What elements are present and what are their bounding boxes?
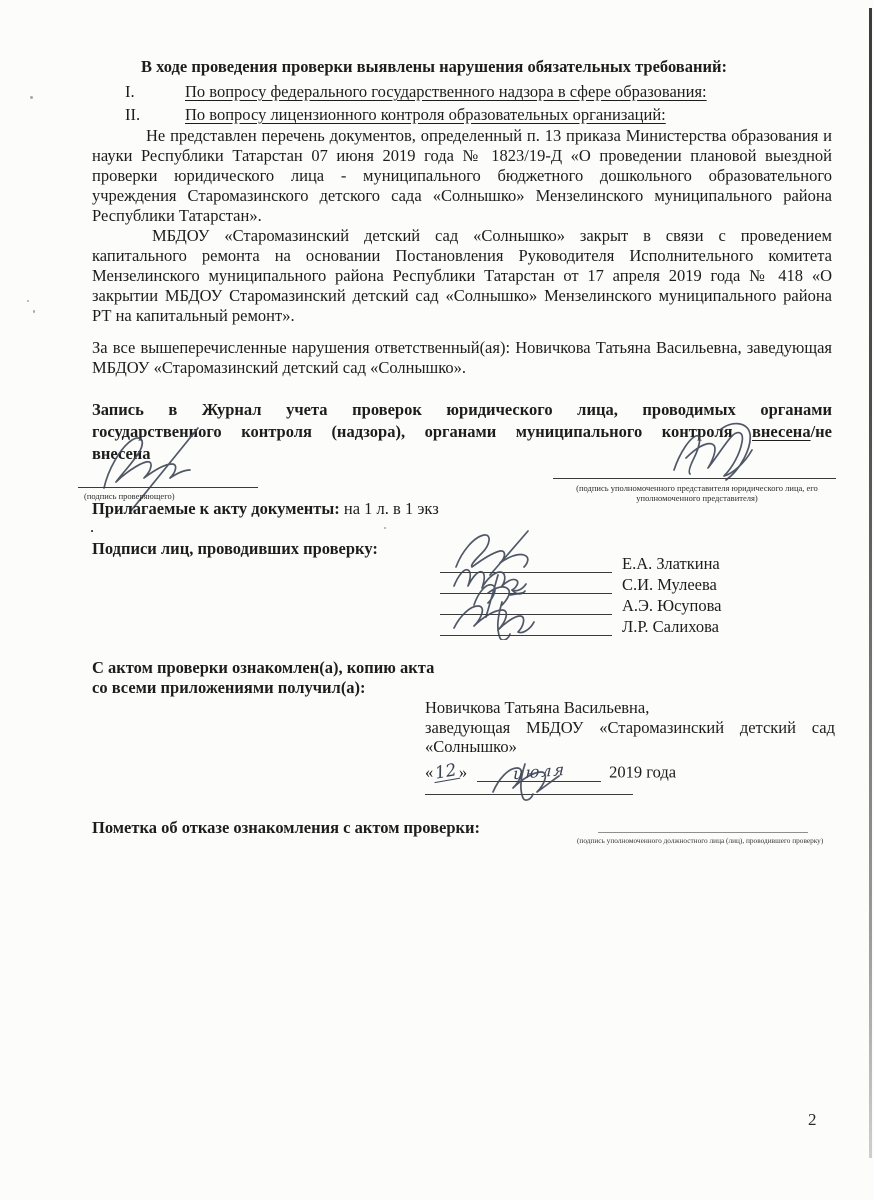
- stray-period: .: [90, 517, 94, 537]
- journal-right-signature-line: [553, 478, 836, 479]
- paragraph-responsible: За все вышеперечисленные нарушения ответ…: [92, 338, 832, 378]
- acknowledgment-label-line2: со всеми приложениями получил(а):: [92, 678, 512, 698]
- scan-edge-line: [869, 8, 872, 1158]
- director-position: заведующая МБДОУ «Старомазинский детский…: [425, 718, 835, 757]
- inspector-name: С.И. Мулеева: [622, 575, 717, 595]
- paragraph-documents-missing: Не представлен перечень документов, опре…: [92, 126, 832, 226]
- list-item-2-text: По вопросу лицензионного контроля образо…: [185, 105, 666, 124]
- findings-paragraphs: Не представлен перечень документов, опре…: [92, 126, 832, 326]
- refusal-signature-caption: (подпись уполномоченного должностного ли…: [577, 836, 823, 845]
- list-item-2: II.По вопросу лицензионного контроля обр…: [92, 103, 832, 126]
- director-name: Новичкова Татьяна Васильевна,: [425, 698, 835, 718]
- violations-heading: В ходе проведения проверки выявлены нару…: [92, 56, 832, 77]
- quote-close: »: [459, 762, 467, 781]
- list-item-1-number: I.: [125, 80, 185, 103]
- handwritten-day: 12: [432, 762, 460, 783]
- acknowledgment-block: Новичкова Татьяна Васильевна, заведующая…: [425, 698, 835, 782]
- refusal-signature-line: [598, 822, 808, 833]
- attachments-value: на 1 л. в 1 экз: [344, 499, 439, 518]
- journal-left-signature-line: [78, 487, 258, 488]
- inspector-name: Е.А. Златкина: [622, 554, 720, 574]
- attachments-label: Прилагаемые к акту документы:: [92, 499, 340, 518]
- inspectors-heading: Подписи лиц, проводивших проверку:: [92, 539, 378, 559]
- scan-speck: [27, 300, 29, 302]
- signature-novichkova-date: [473, 760, 603, 804]
- inspector-name: А.Э. Юсупова: [622, 596, 721, 616]
- scan-speck: [384, 527, 386, 529]
- violations-list: I.По вопросу федерального государственно…: [92, 80, 832, 126]
- scan-speck: [33, 310, 35, 313]
- attachments-line: Прилагаемые к акту документы: на 1 л. в …: [92, 499, 832, 519]
- signature-salihova: [446, 592, 616, 640]
- paragraph-kindergarten-closed: МБДОУ «Старомазинский детский сад «Солны…: [92, 226, 832, 326]
- list-item-1: I.По вопросу федерального государственно…: [92, 80, 832, 103]
- acknowledgment-label: С актом проверки ознакомлен(а), копию ак…: [92, 658, 512, 698]
- scan-speck: [30, 96, 33, 99]
- list-item-1-text: По вопросу федерального государственного…: [185, 82, 707, 101]
- inspector-signature-line: [440, 635, 612, 636]
- date-year: 2019 года: [609, 762, 676, 781]
- refusal-label: Пометка об отказе ознакомления с актом п…: [92, 818, 480, 838]
- list-item-2-number: II.: [125, 103, 185, 126]
- page-number: 2: [808, 1110, 817, 1130]
- acknowledgment-label-line1: С актом проверки ознакомлен(а), копию ак…: [92, 658, 512, 678]
- inspector-name: Л.Р. Салихова: [622, 617, 719, 637]
- inspector-row-4: Л.Р. Салихова: [440, 616, 770, 636]
- scanned-act-page: В ходе проведения проверки выявлены нару…: [0, 0, 874, 1200]
